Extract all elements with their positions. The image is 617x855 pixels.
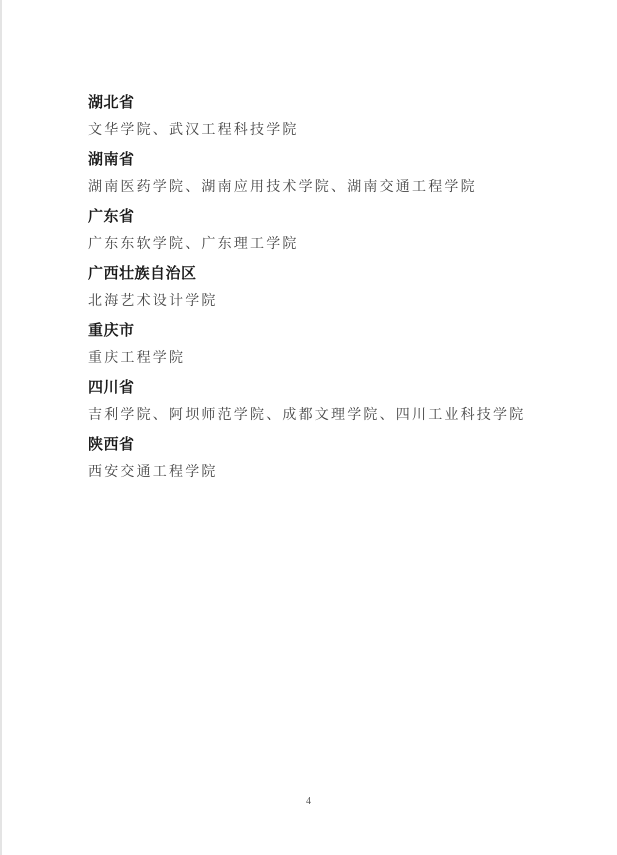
- section-guangxi: 广西壮族自治区 北海艺术设计学院: [88, 259, 548, 316]
- region-heading: 陕西省: [88, 430, 548, 458]
- region-heading: 湖北省: [88, 88, 548, 116]
- institution-list: 吉利学院、阿坝师范学院、成都文理学院、四川工业科技学院: [88, 401, 548, 430]
- document-body: 湖北省 文华学院、武汉工程科技学院 湖南省 湖南医药学院、湖南应用技术学院、湖南…: [88, 88, 548, 487]
- page-number: 4: [0, 796, 617, 807]
- section-chongqing: 重庆市 重庆工程学院: [88, 316, 548, 373]
- institution-list: 西安交通工程学院: [88, 458, 548, 487]
- institution-list: 北海艺术设计学院: [88, 287, 548, 316]
- institution-list: 广东东软学院、广东理工学院: [88, 230, 548, 259]
- institution-list: 湖南医药学院、湖南应用技术学院、湖南交通工程学院: [88, 173, 548, 202]
- section-hunan: 湖南省 湖南医药学院、湖南应用技术学院、湖南交通工程学院: [88, 145, 548, 202]
- section-guangdong: 广东省 广东东软学院、广东理工学院: [88, 202, 548, 259]
- region-heading: 广东省: [88, 202, 548, 230]
- institution-list: 文华学院、武汉工程科技学院: [88, 116, 548, 145]
- region-heading: 四川省: [88, 373, 548, 401]
- section-sichuan: 四川省 吉利学院、阿坝师范学院、成都文理学院、四川工业科技学院: [88, 373, 548, 430]
- page-edge: [0, 0, 2, 855]
- region-heading: 湖南省: [88, 145, 548, 173]
- section-hubei: 湖北省 文华学院、武汉工程科技学院: [88, 88, 548, 145]
- region-heading: 重庆市: [88, 316, 548, 344]
- institution-list: 重庆工程学院: [88, 344, 548, 373]
- region-heading: 广西壮族自治区: [88, 259, 548, 287]
- section-shaanxi: 陕西省 西安交通工程学院: [88, 430, 548, 487]
